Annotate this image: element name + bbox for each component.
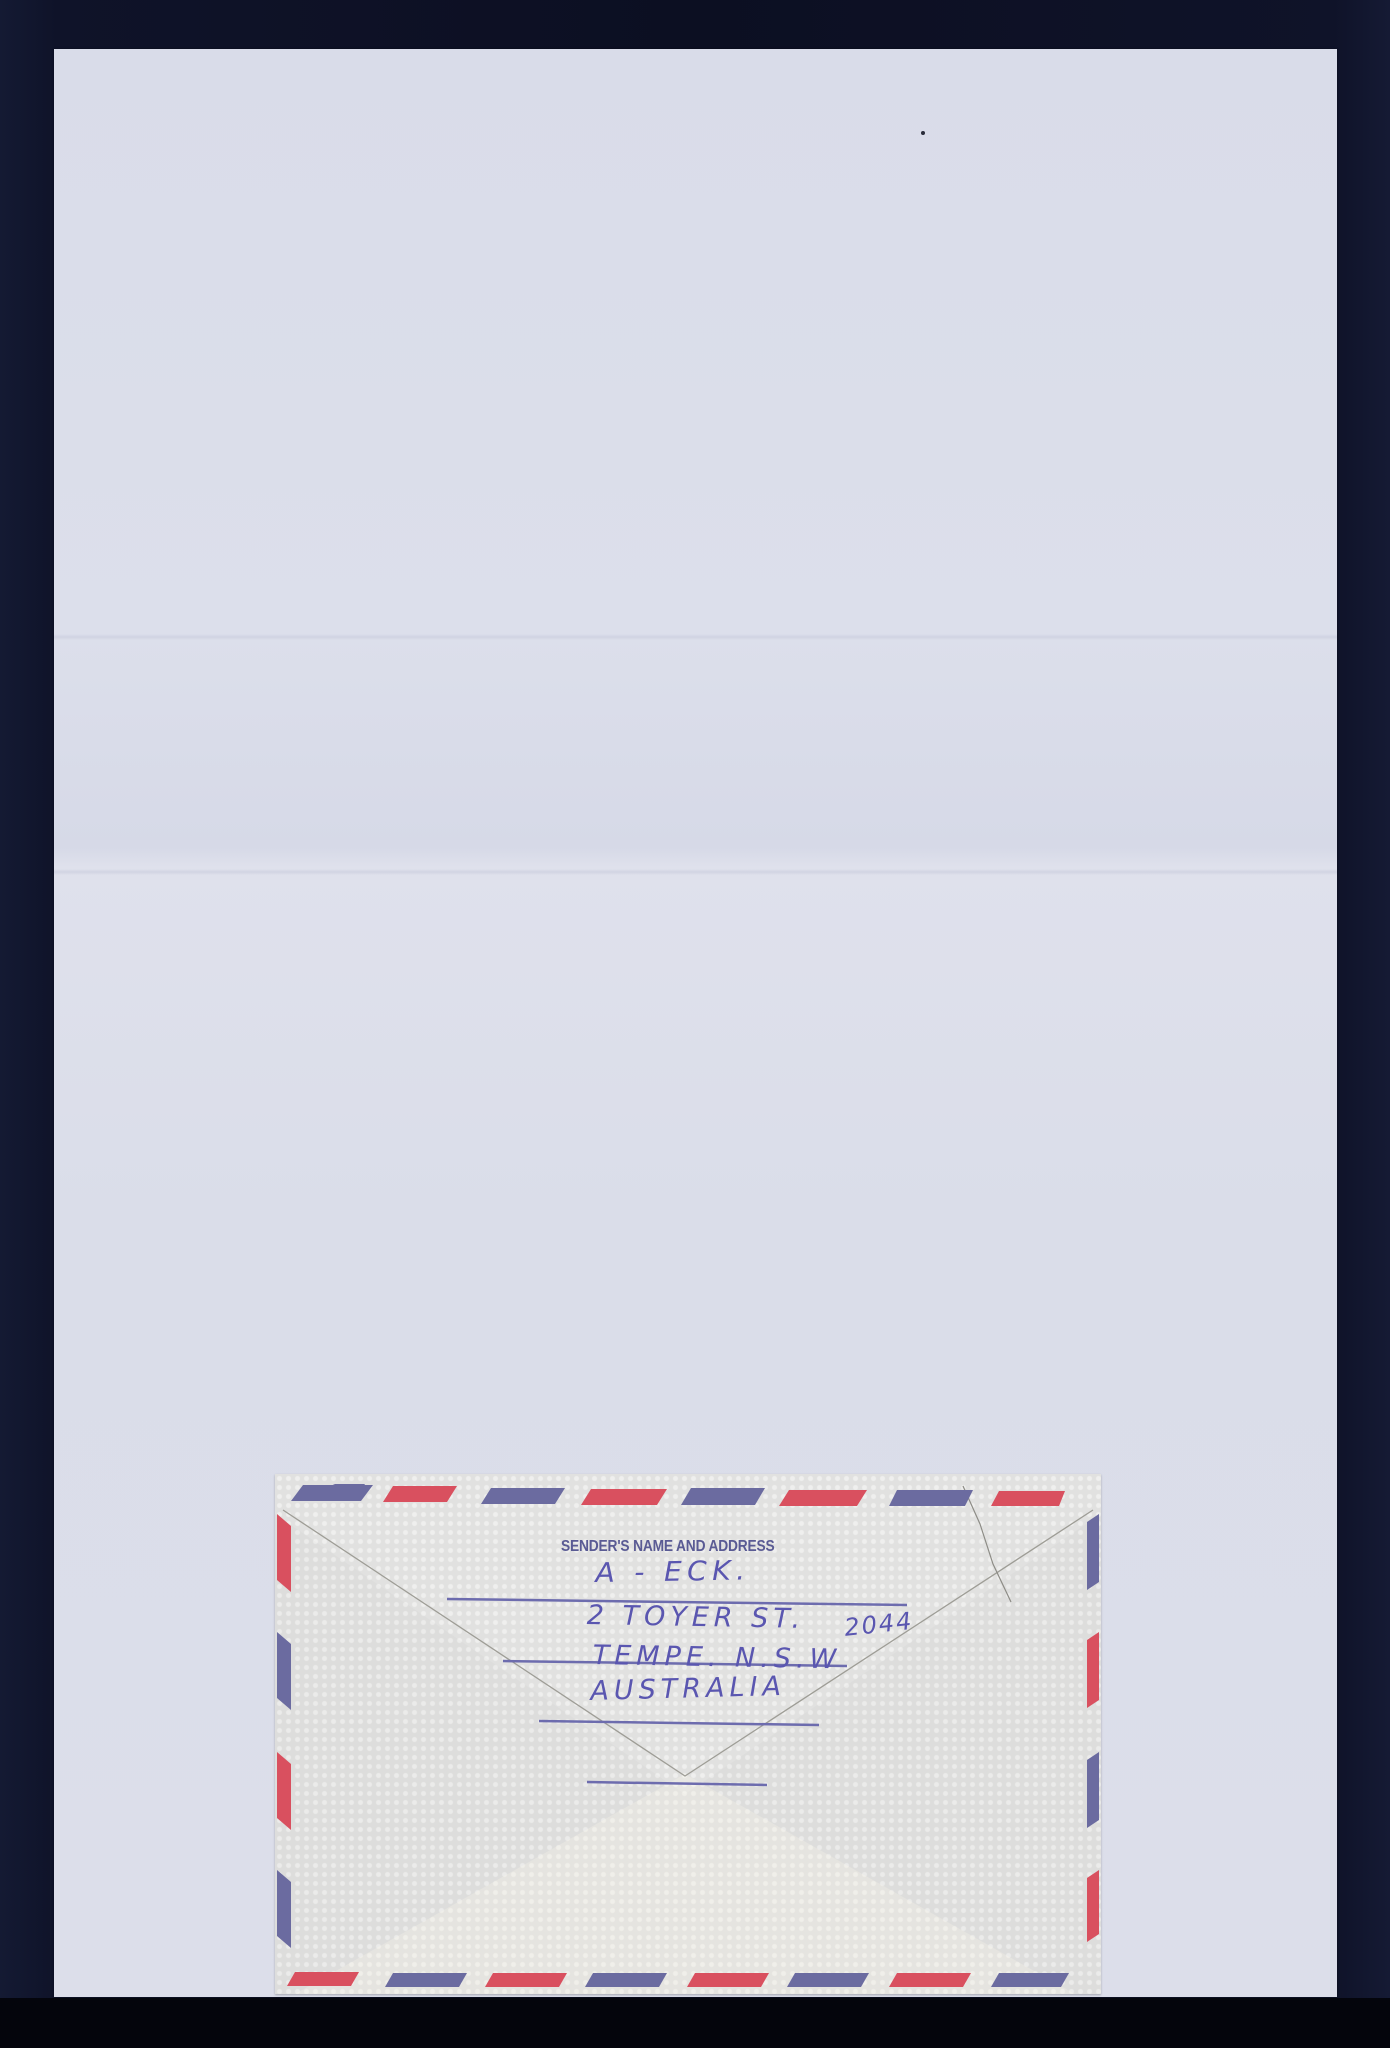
sender-heading: SENDER'S NAME AND ADDRESS	[561, 1538, 775, 1556]
sender-name: A - ECK.	[595, 1555, 751, 1589]
scan-bottom-edge	[0, 1998, 1390, 2048]
sender-street: 2 TOYER ST.	[586, 1600, 805, 1635]
airmail-stripes-top	[291, 1484, 1065, 1506]
sender-country: AUSTRALIA	[590, 1671, 786, 1707]
sender-city: TEMPE. N.S.W	[592, 1640, 841, 1675]
page-fold-line	[54, 634, 1337, 640]
page-speck	[921, 131, 925, 135]
page-fold-line	[54, 869, 1337, 875]
airmail-envelope-back: SENDER'S NAME AND ADDRESS A - ECK. 2 TOY…	[275, 1474, 1101, 1994]
